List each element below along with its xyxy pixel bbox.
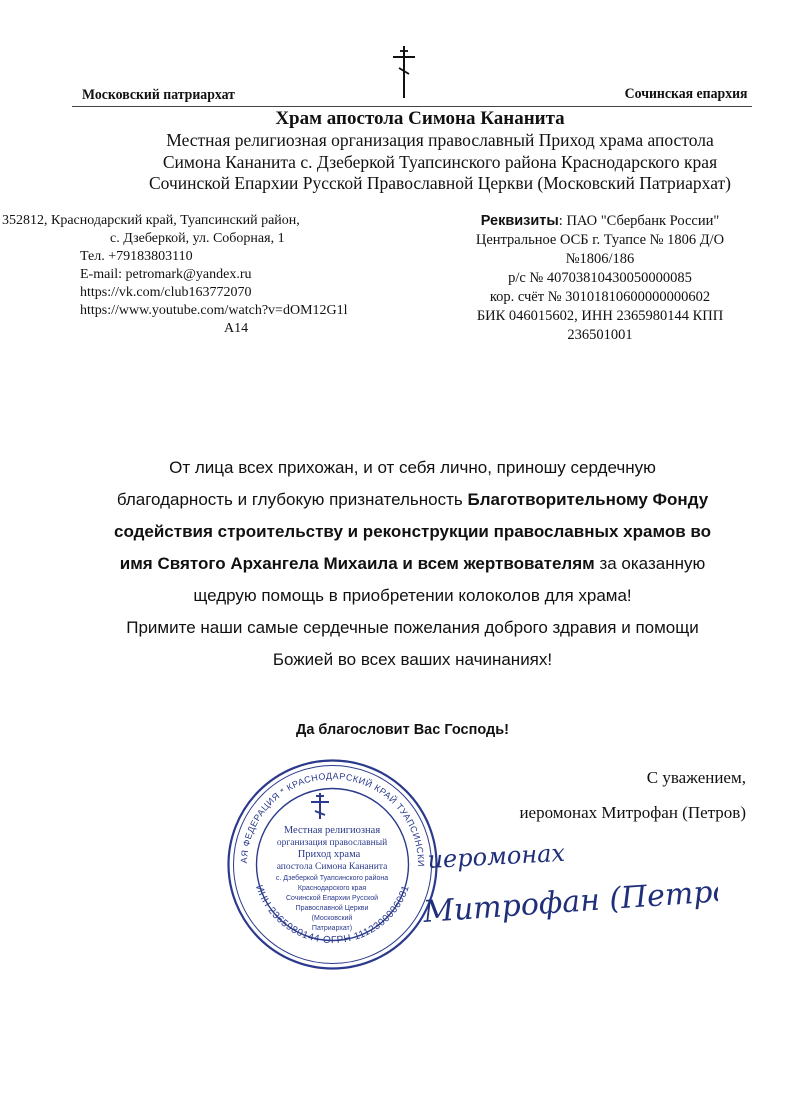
blessing: Да благословит Вас Господь!	[296, 722, 509, 738]
stamp-line: Местная религиозная	[284, 825, 380, 836]
stamp-line: с. Дзеберкой Туапсинского района	[276, 874, 388, 882]
bank-requisites: Реквизиты: ПАО "Сбербанк России" Централ…	[440, 212, 760, 345]
header-divider	[72, 106, 752, 107]
stamp-line: (Московский	[312, 914, 353, 922]
bik-inn-kpp: БИК 046015602, ИНН 2365980144 КПП	[440, 307, 760, 326]
address-line: 352812, Краснодарский край, Туапсинский …	[2, 212, 300, 230]
vk-link[interactable]: https://vk.com/club163772070	[80, 284, 252, 302]
kpp: 236501001	[440, 326, 760, 345]
stamp-line: апостола Симона Кананита	[277, 862, 388, 872]
header-eparchy: Сочинская епархия	[625, 86, 748, 103]
letter-text: благодарность и глубокую признательность	[117, 490, 468, 509]
letter-line: щедрую помощь в приобретении колоколов д…	[60, 580, 765, 612]
handwritten-signature: иеромонах Митрофан (Петров)	[418, 830, 718, 940]
requisites-bank-line: Реквизиты: ПАО "Сбербанк России"	[440, 212, 760, 231]
organization-line: Сочинской Епархии Русской Православной Ц…	[100, 173, 780, 195]
address-line: с. Дзеберкой, ул. Соборная, 1	[110, 230, 285, 248]
stamp-line: Приход храма	[298, 849, 361, 860]
stamp-line: организация православный	[277, 837, 387, 848]
settlement-account: р/с № 40703810430050000085	[440, 269, 760, 288]
stamp-line: Сочинской Епархии Русской	[286, 894, 378, 902]
correspondent-account: кор. счёт № 30101810600000000602	[440, 288, 760, 307]
header-patriarchate: Московский патриархат	[82, 87, 235, 104]
stamp-line: Православной Церкви	[296, 904, 369, 912]
youtube-link-continued[interactable]: A14	[224, 320, 248, 338]
organization-line: Симона Кананита с. Дзеберкой Туапсинског…	[100, 152, 780, 174]
letter-line: Примите наши самые сердечные пожелания д…	[60, 612, 765, 644]
bank-branch: Центральное ОСБ г. Туапсе № 1806 Д/О	[440, 231, 760, 250]
stamp-line: Патриархат)	[312, 925, 352, 932]
letter-line: Божией во всех ваших начинаниях!	[60, 644, 765, 676]
bank-name: : ПАО "Сбербанк России"	[559, 213, 719, 229]
closing-regards: С уважением,	[647, 768, 746, 788]
bank-branch-number: №1806/186	[440, 250, 760, 269]
fund-name-continued: содействия строительству и реконструкции…	[60, 516, 765, 548]
official-stamp: РОССИЙСКАЯ ФЕДЕРАЦИЯ * КРАСНОДАРСКИЙ КРА…	[225, 757, 440, 972]
requisites-label: Реквизиты	[481, 213, 559, 229]
fund-name-end: имя Святого Архангела Михаила и всем жер…	[120, 554, 595, 573]
stamp-line: Краснодарского края	[298, 885, 366, 892]
organization-name: Местная религиозная организация правосла…	[100, 130, 780, 195]
youtube-link[interactable]: https://www.youtube.com/watch?v=dOM12G1l	[80, 302, 348, 320]
organization-line: Местная религиозная организация правосла…	[100, 130, 780, 152]
letter-line: имя Святого Архангела Михаила и всем жер…	[60, 548, 765, 580]
letter-line: От лица всех прихожан, и от себя лично, …	[60, 452, 765, 484]
letter-text: за оказанную	[595, 554, 706, 573]
phone: Тел. +79183803110	[80, 248, 193, 266]
email-link[interactable]: E-mail: petromark@yandex.ru	[80, 266, 252, 284]
signature-line: Митрофан (Петров)	[421, 872, 718, 930]
letter-body: От лица всех прихожан, и от себя лично, …	[60, 452, 765, 676]
signature-line: иеромонах	[427, 839, 566, 874]
signer-name: иеромонах Митрофан (Петров)	[519, 803, 746, 823]
stamp-cross-icon	[311, 793, 329, 819]
church-title: Храм апостола Симона Кананита	[20, 108, 800, 130]
fund-name: Благотворительному Фонду	[467, 490, 708, 509]
letter-line: благодарность и глубокую признательность…	[60, 484, 765, 516]
orthodox-cross-icon	[392, 46, 416, 98]
